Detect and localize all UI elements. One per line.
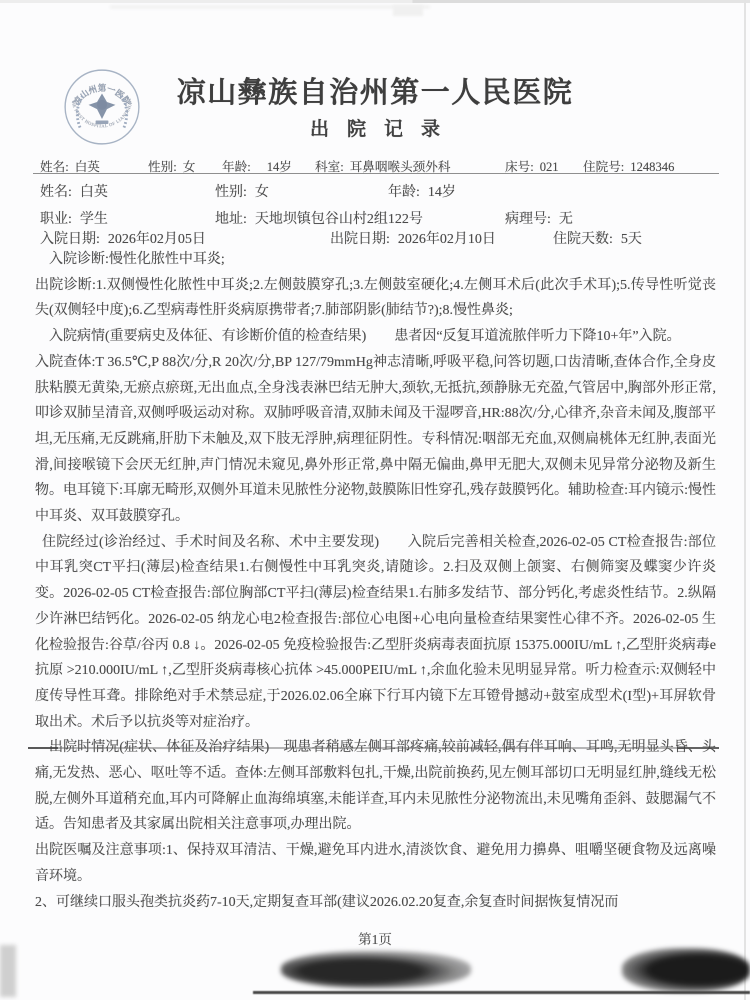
field-occupation: 职业:学生	[40, 208, 108, 228]
para-admission-diagnosis: 入院诊断:慢性化脓性中耳炎;	[35, 247, 716, 273]
page-number: 第1页	[358, 932, 392, 947]
document-title: 出院记录	[0, 114, 750, 141]
para-discharge-instructions-1: 出院医嘱及注意事项:1、保持双耳清洁、干燥,避免耳内进水,清淡饮食、避免用力擤鼻…	[35, 838, 716, 889]
para-admission-condition: 入院病情(重要病史及体征、有诊断价值的检查结果) 患者因“反复耳道流脓伴听力下降…	[35, 324, 716, 350]
info-divider-line	[33, 173, 719, 174]
scan-artifact-corner-patch	[0, 945, 16, 997]
para-admission-exam: 入院查体:T 36.5℃,P 88次/分,R 20次/分,BP 127/79mm…	[35, 350, 716, 530]
page-footer: 第1页	[0, 928, 750, 948]
field-gender-2: 性别:女	[215, 181, 269, 201]
scan-smudge-bottom-right	[622, 948, 750, 992]
discharge-record-document: 凉山州第一医院 THE FIRST HOSPITAL OF LIANGSHAN …	[0, 0, 750, 1000]
scan-artifact-page-edge	[744, 0, 746, 1000]
para-hospital-course: 住院经过(诊治经过、手术时间及名称、术中主要发现) 入院后完善相关检查,2026…	[35, 530, 716, 736]
hospital-name: 凉山彝族自治州第一人民医院	[0, 70, 750, 111]
scan-smudge-bottom-left	[281, 951, 471, 988]
field-hospital-days: 住院天数:5天	[553, 228, 642, 248]
para-discharge-diagnosis: 出院诊断:1.双侧慢性化脓性中耳炎;2.左侧鼓膜穿孔;3.左侧鼓室硬化;4.左侧…	[35, 273, 716, 324]
para-discharge-instructions-2: 2、可继续口服头孢类抗炎药7-10天,定期复查耳部(建议2026.02.20复查…	[35, 890, 716, 916]
field-name-2: 姓名:白英	[40, 181, 108, 201]
scan-artifact-top-streak-2	[110, 5, 430, 9]
field-discharge-date: 出院日期:2026年02月10日	[330, 228, 496, 248]
field-pathology-number: 病理号:无	[505, 208, 573, 228]
field-address: 地址:天地坝镇包谷山村2组122号	[215, 208, 423, 228]
patient-info-row-3: 职业:学生 地址:天地坝镇包谷山村2组122号 病理号:无	[0, 208, 750, 228]
record-body: 入院诊断:慢性化脓性中耳炎; 出院诊断:1.双侧慢性化脓性中耳炎;2.左侧鼓膜穿…	[35, 247, 716, 915]
scan-artifact-top-mark	[393, 5, 423, 16]
scan-artifact-bottom-line	[253, 991, 750, 994]
para-discharge-status: 出院时情况(症状、体征及治疗结果) 现患者稍感左侧耳部疼痛,较前减轻,偶有伴耳响…	[35, 735, 716, 838]
patient-info-row-4: 入院日期:2026年02月05日 出院日期:2026年02月10日 住院天数:5…	[0, 228, 750, 248]
field-admission-date: 入院日期:2026年02月05日	[40, 228, 206, 248]
field-age-2: 年龄:14岁	[388, 181, 456, 201]
scan-artifact-top-streak	[0, 0, 750, 3]
patient-info-row-2: 姓名:白英 性别:女 年龄:14岁	[0, 181, 750, 201]
